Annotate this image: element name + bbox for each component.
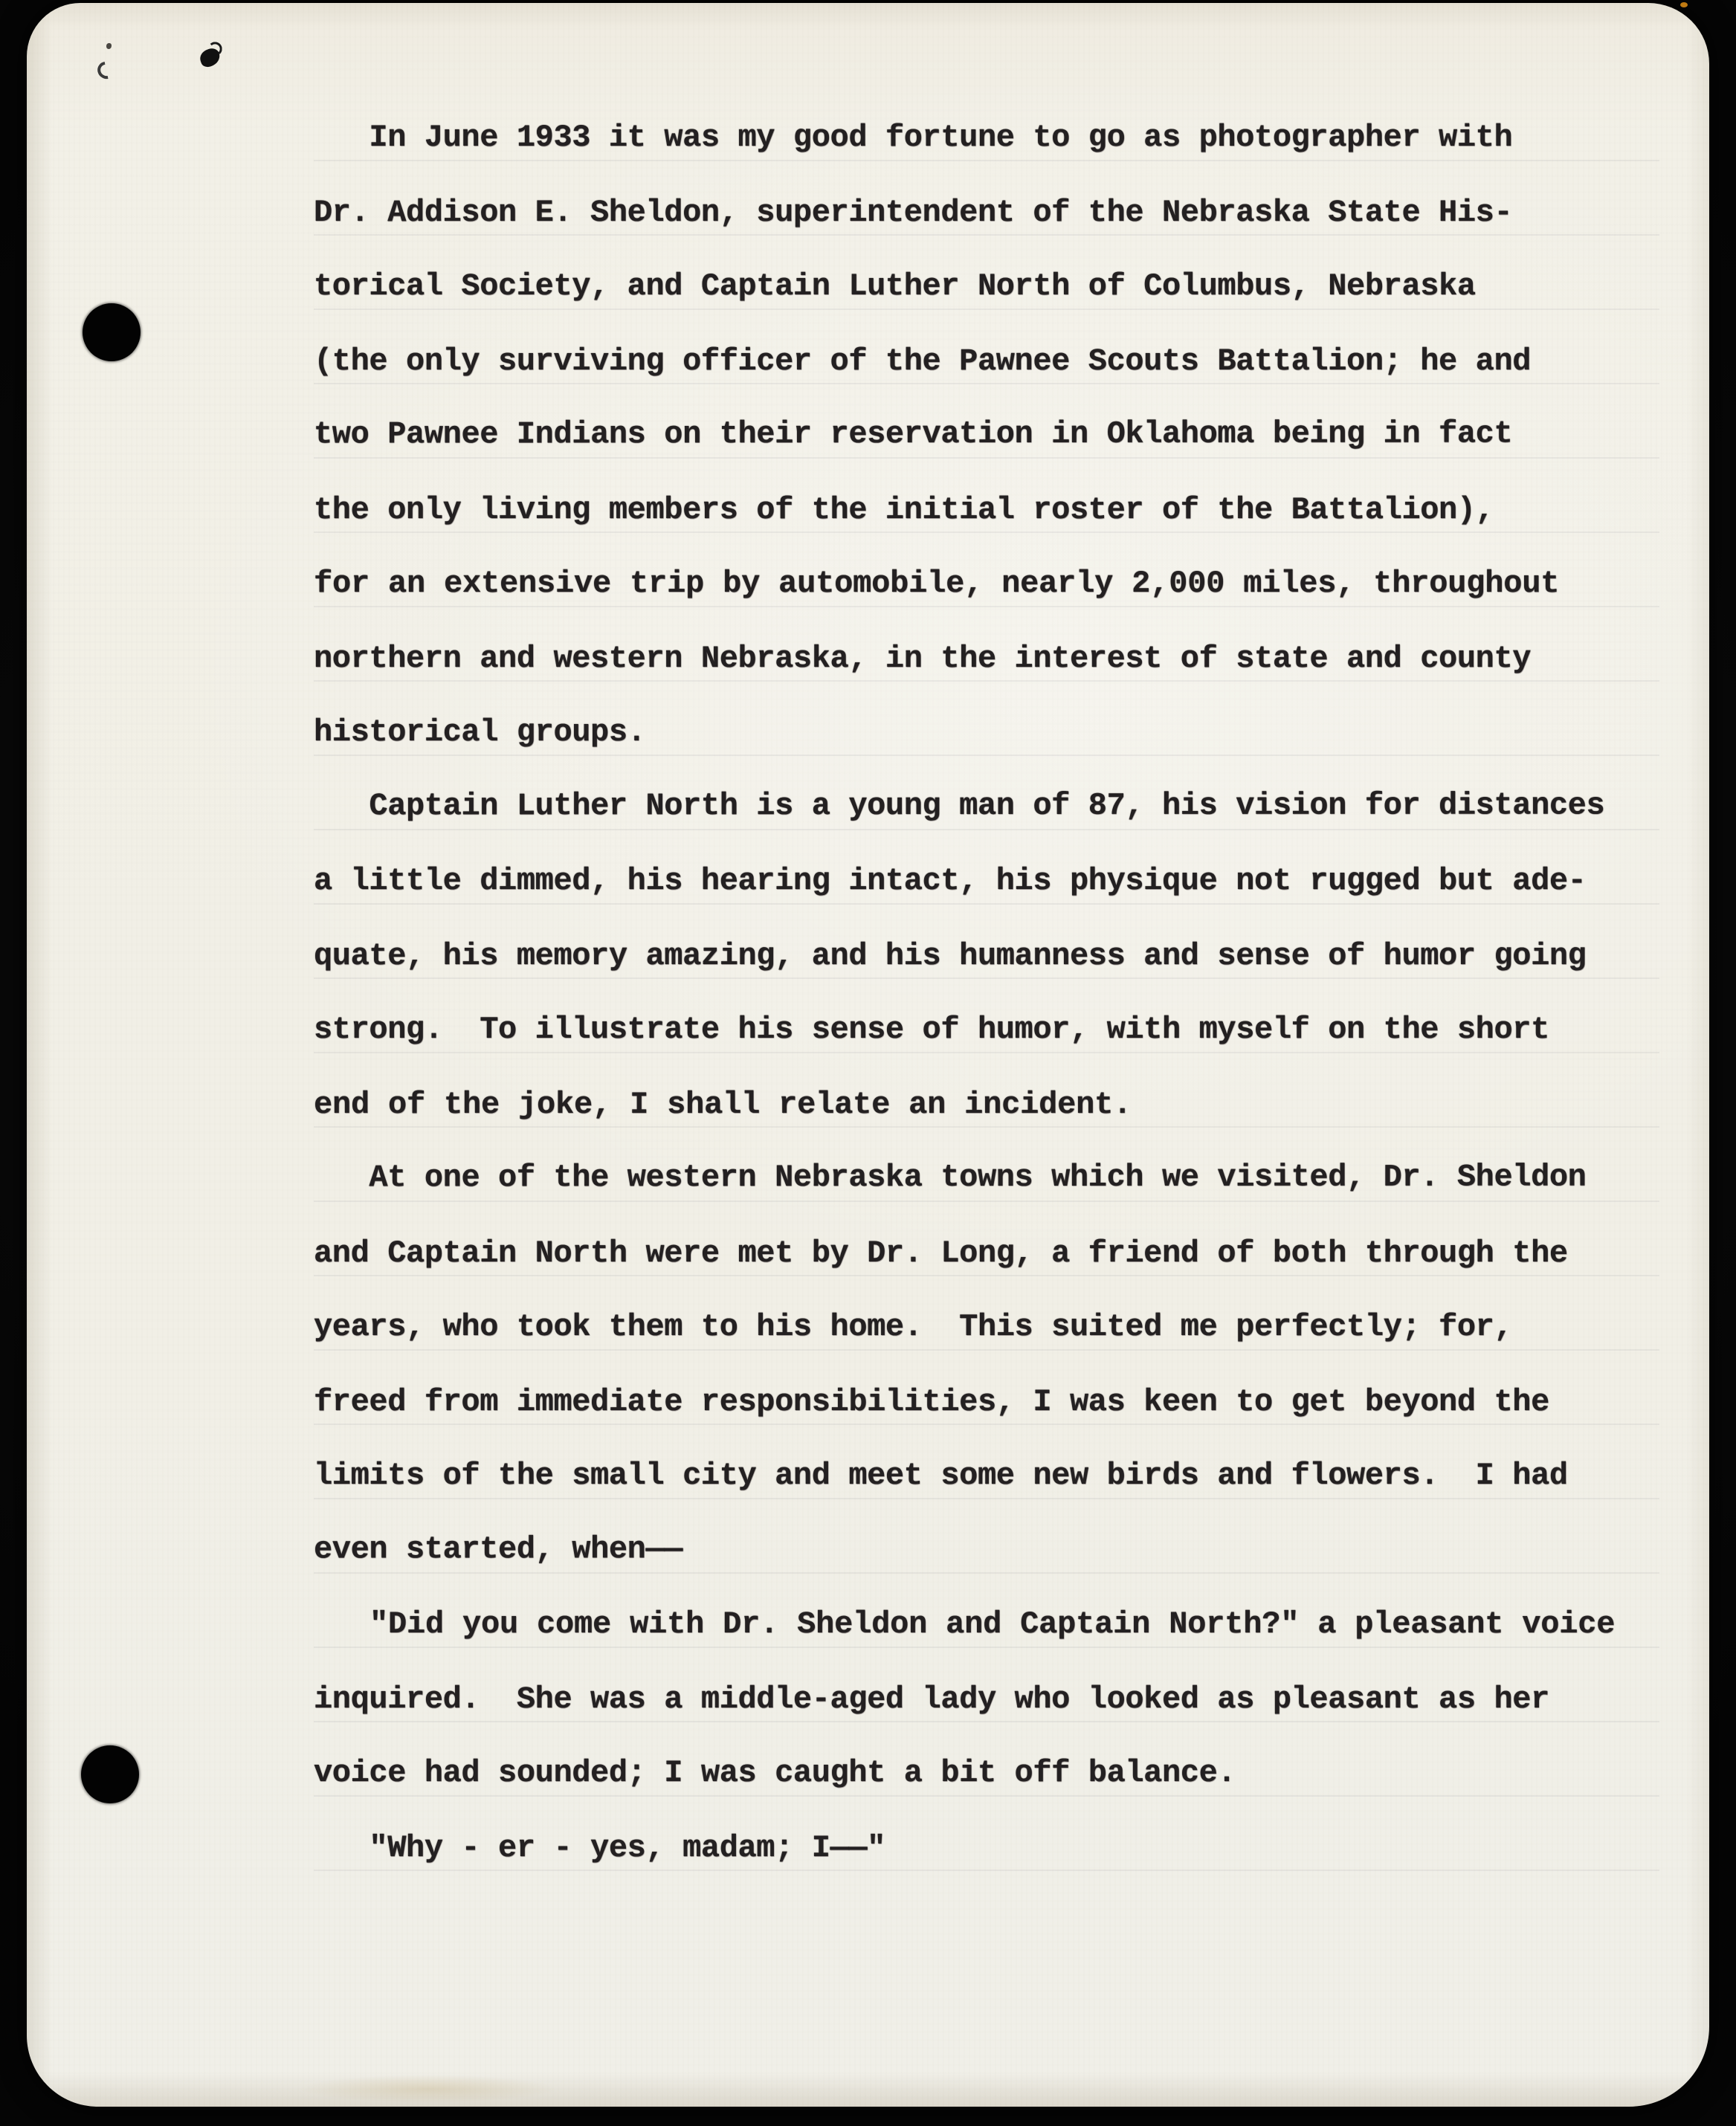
text-line: "Did you come with Dr. Sheldon and Capta… [314, 1587, 1659, 1661]
text-line: even started, when—— [314, 1512, 1659, 1587]
text-line: (the only surviving officer of the Pawne… [314, 324, 1659, 398]
text-line: end of the joke, I shall relate an incid… [314, 1067, 1659, 1142]
text-line: a little dimmed, his hearing intact, his… [314, 844, 1659, 918]
dot-mark [106, 43, 112, 49]
typewritten-text: In June 1933 it was my good fortune to g… [314, 100, 1659, 1884]
paper-sheet: In June 1933 it was my good fortune to g… [27, 3, 1709, 2107]
text-line: freed from immediate responsibilities, I… [314, 1365, 1659, 1439]
text-line: Captain Luther North is a young man of 8… [314, 769, 1659, 844]
text-line: two Pawnee Indians on their reservation … [314, 397, 1659, 472]
text-line: inquired. She was a middle-aged lady who… [314, 1662, 1659, 1736]
text-line: historical groups. [314, 695, 1659, 769]
text-line: "Why - er - yes, madam; I——" [314, 1811, 1659, 1885]
text-line: In June 1933 it was my good fortune to g… [314, 100, 1659, 175]
scanner-background: In June 1933 it was my good fortune to g… [0, 0, 1736, 2126]
paper-stain [250, 2070, 607, 2108]
curl-mark [94, 58, 119, 83]
text-line: quate, his memory amazing, and his human… [314, 919, 1659, 993]
text-line: strong. To illustrate his sense of humor… [314, 992, 1659, 1067]
text-line: voice had sounded; I was caught a bit of… [314, 1736, 1659, 1810]
ink-blob-mark [198, 46, 222, 68]
text-line: for an extensive trip by automobile, nea… [314, 546, 1659, 621]
text-line: Dr. Addison E. Sheldon, superintendent o… [314, 175, 1659, 250]
text-line: the only living members of the initial r… [314, 473, 1659, 547]
text-line: torical Society, and Captain Luther Nort… [314, 249, 1659, 323]
text-line: northern and western Nebraska, in the in… [314, 621, 1659, 696]
text-line: limits of the small city and meet some n… [314, 1438, 1659, 1513]
text-line: years, who took them to his home. This s… [314, 1290, 1659, 1364]
text-line: and Captain North were met by Dr. Long, … [314, 1216, 1659, 1290]
orange-speck [1680, 2, 1688, 7]
text-line: At one of the western Nebraska towns whi… [314, 1140, 1659, 1215]
hole-punch-top [83, 303, 141, 361]
hole-punch-bottom [81, 1745, 139, 1803]
